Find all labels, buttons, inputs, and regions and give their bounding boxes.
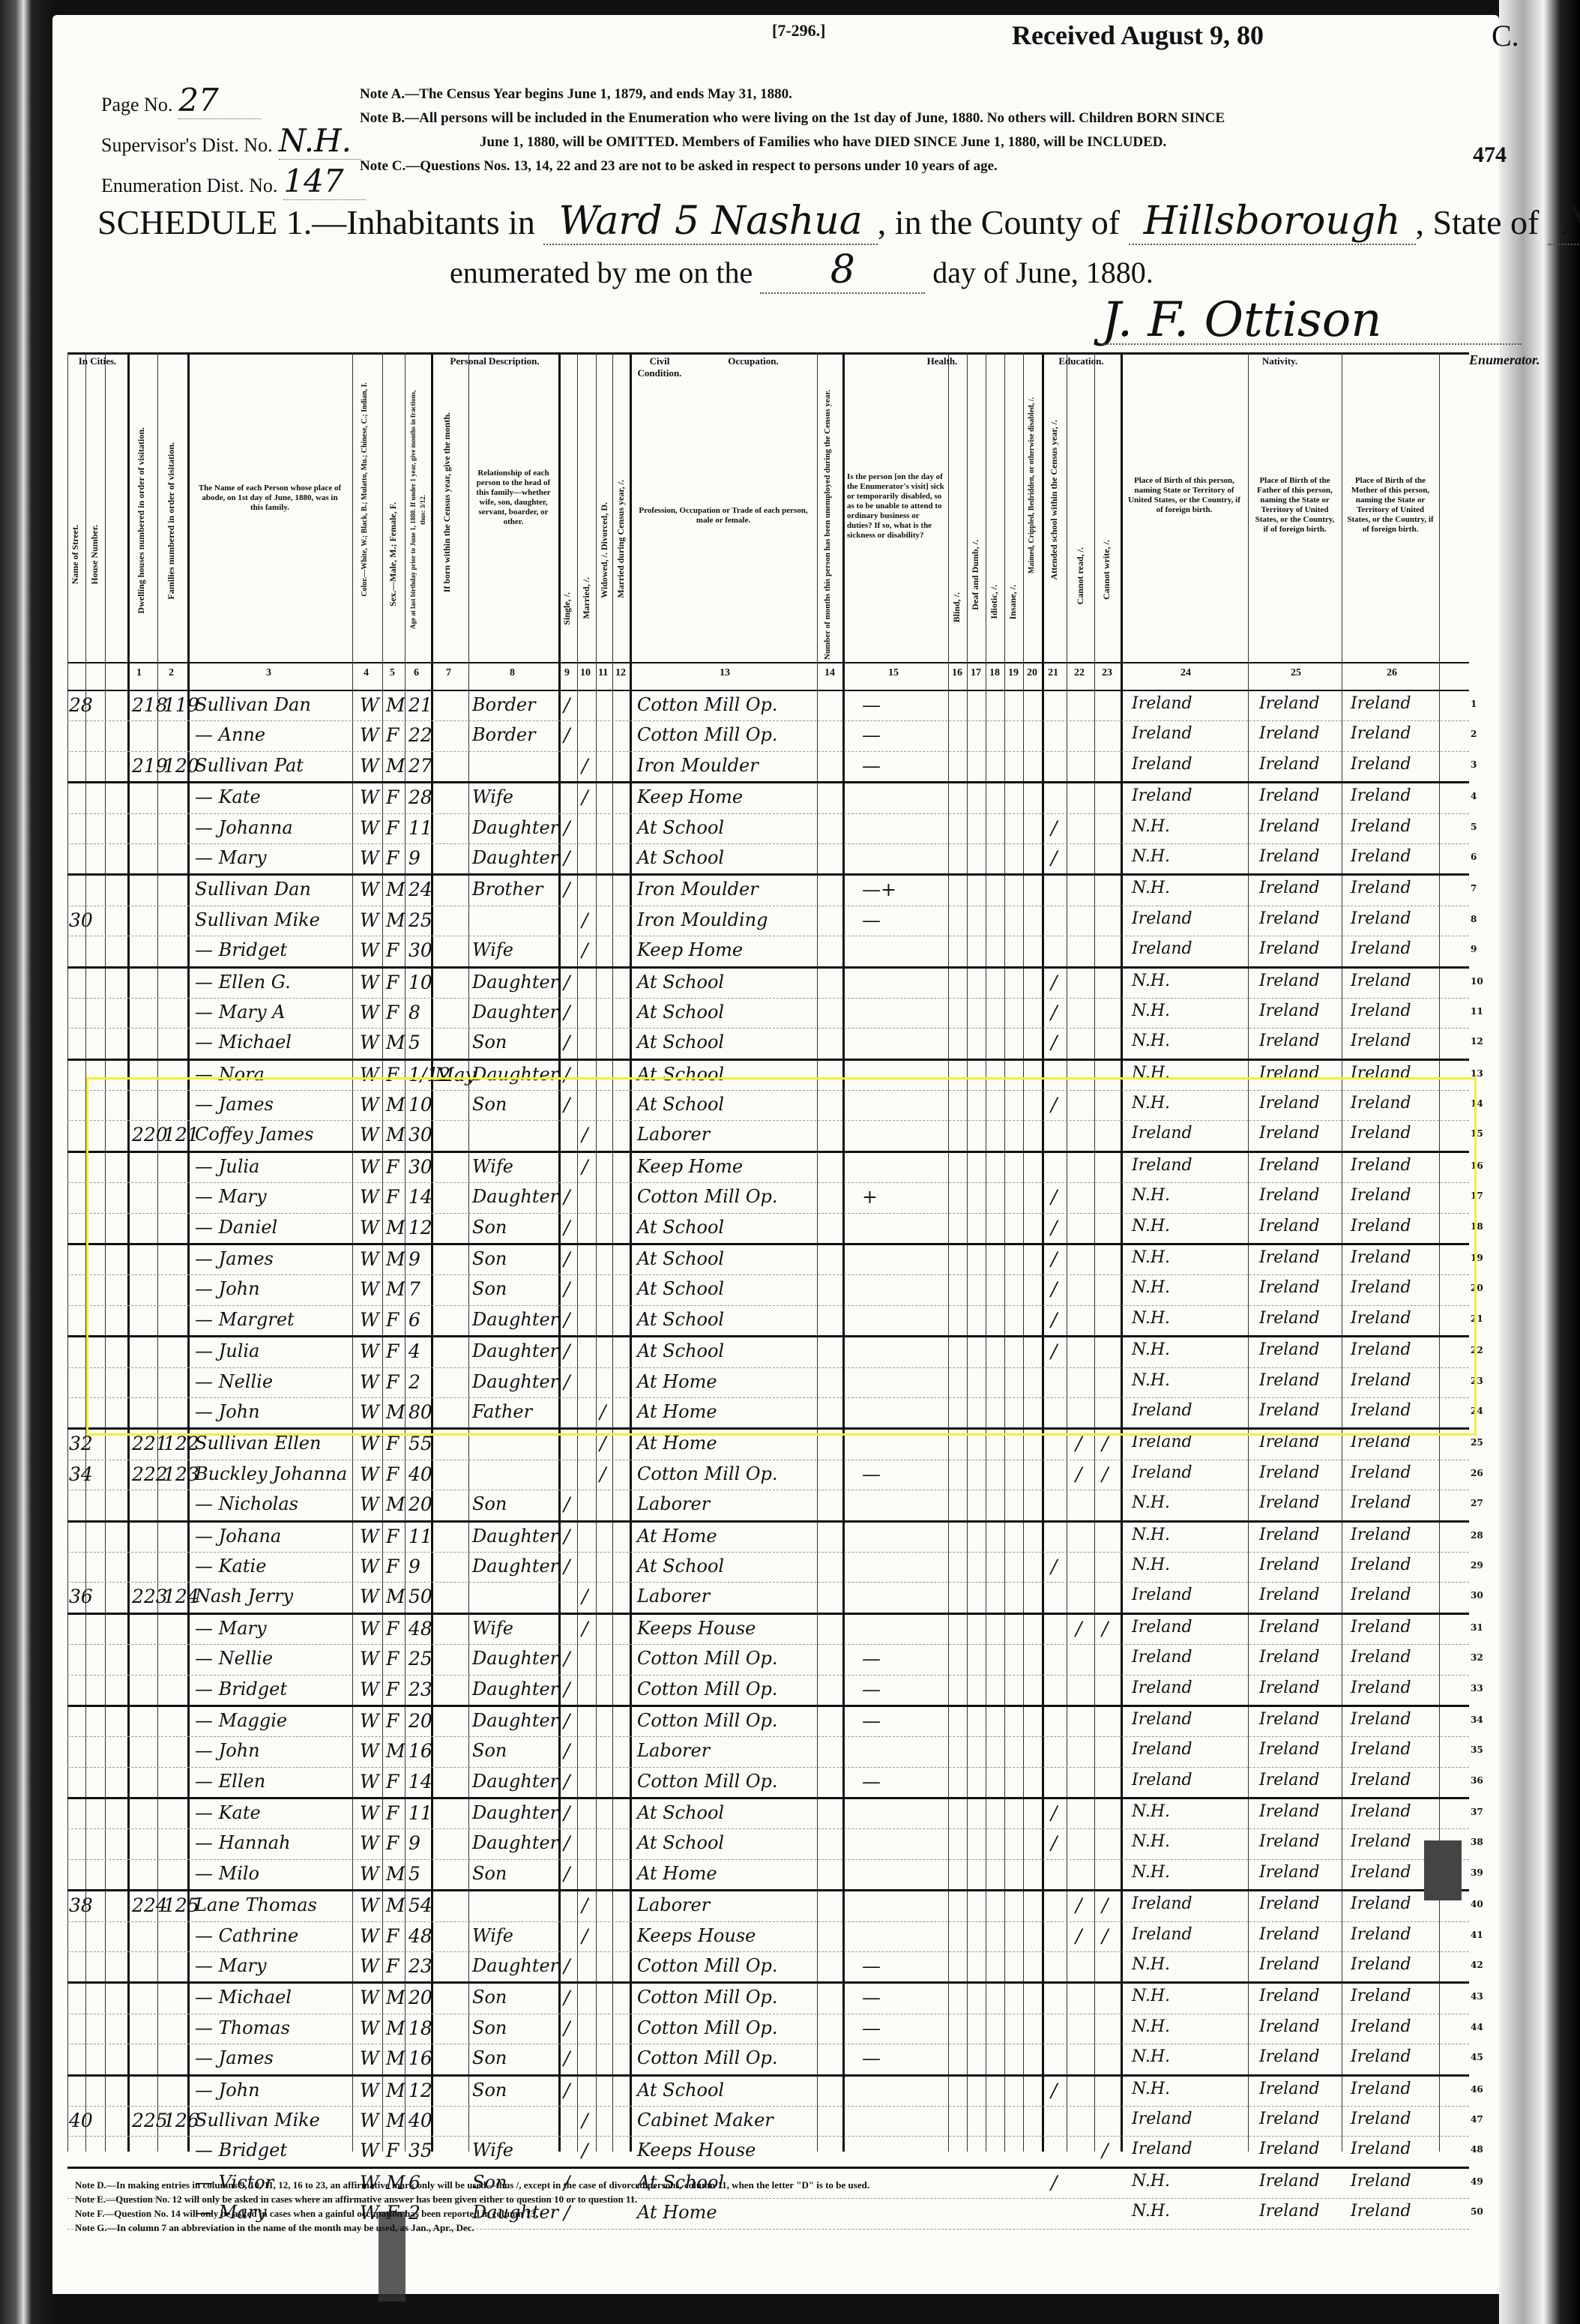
cell-sex: F (386, 1433, 399, 1454)
cell-occ: Laborer (637, 1586, 710, 1607)
cell-rel: Daughter (472, 1371, 558, 1392)
cell-color: W (360, 1832, 379, 1854)
line-number: 21 (1471, 1313, 1483, 1324)
cell-age: 5 (408, 1032, 420, 1053)
cell-color: W (360, 1124, 379, 1146)
page-label: Page No. (101, 94, 172, 115)
cell-father: Ireland (1259, 1802, 1320, 1821)
cell-mother: Ireland (1351, 1309, 1411, 1328)
table-row: — MiloWM5Son/At HomeN.H.IrelandIreland39 (67, 1860, 1469, 1891)
col-dwelling: Dwelling houses numbered in order of vis… (136, 427, 146, 614)
cell-color: W (360, 1925, 379, 1947)
cell-name: — Nellie (195, 1371, 273, 1392)
cell-name: — Michael (195, 1032, 292, 1053)
received-stamp: Received August 9, 80 (1012, 19, 1264, 51)
cell-name: — John (195, 1401, 260, 1422)
enum-day: 8 (760, 247, 925, 294)
cell-age: 40 (408, 2110, 432, 2131)
line-number: 43 (1471, 1991, 1483, 2002)
cell-color: W (360, 1679, 379, 1700)
cell-occ: Keep Home (637, 1156, 743, 1177)
cell-house: 32 (69, 1433, 93, 1454)
cell-write: / (1102, 1463, 1108, 1485)
cell-write: / (1102, 2140, 1108, 2161)
cell-father: Ireland (1259, 2140, 1320, 2158)
cell-father: Ireland (1259, 1556, 1320, 1574)
cell-sex: M (386, 1032, 405, 1053)
col-maimed: Maimed, Crippled, Bedridden, or otherwis… (1027, 397, 1037, 574)
cell-school: / (1051, 2172, 1057, 2194)
cell-name: Sullivan Ellen (195, 1433, 321, 1454)
cell-age: 50 (408, 1586, 432, 1607)
cell-sex: M (386, 1401, 405, 1423)
cell-sick: — (862, 2017, 881, 2039)
cell-color: W (360, 939, 379, 961)
cell-birth: N.H. (1132, 2017, 1170, 2036)
cell-sick: — (862, 1710, 881, 1732)
cell-mother: Ireland (1351, 2172, 1411, 2191)
cell-name: — Johana (195, 1526, 281, 1547)
cell-mother: Ireland (1351, 1094, 1411, 1113)
column-number-row: 1 2 3 4 5 6 7 8 9 10 11 12 13 14 15 16 1… (67, 660, 1469, 691)
cell-rel: Son (472, 1493, 507, 1514)
cell-house: 40 (69, 2110, 93, 2131)
group-in-cities: In Cities. (67, 355, 127, 367)
stamped-page-number: 474 (1473, 142, 1507, 168)
cell-widowed: / (600, 1401, 606, 1423)
cell-house: 36 (69, 1586, 93, 1607)
cell-birth: N.H. (1132, 1032, 1170, 1050)
cell-name: — Ellen G. (195, 972, 291, 993)
table-row: 28218119Sullivan DanWM21Border/Cotton Mi… (67, 691, 1469, 721)
col-cannot-write: Cannot write, /. (1102, 540, 1112, 600)
cell-father: Ireland (1259, 1401, 1320, 1420)
enumeration-label: Enumeration Dist. No. (101, 175, 277, 196)
cell-school: / (1051, 817, 1057, 839)
cell-married: / (582, 1156, 588, 1178)
cell-rel: Daughter (472, 1526, 558, 1547)
cell-sex: M (386, 1493, 405, 1515)
cell-rel: Daughter (472, 1771, 558, 1792)
cell-dwelling: 222 (132, 1463, 168, 1485)
cell-name: — John (195, 2080, 260, 2101)
line-number: 45 (1471, 2052, 1483, 2062)
cell-age: 12 (408, 1217, 432, 1238)
cell-name: — Johanna (195, 817, 293, 838)
cell-mother: Ireland (1351, 972, 1411, 990)
cell-rel: Daughter (472, 1309, 558, 1330)
table-row: — Ellen G.WF10Daughter/At School/N.H.Ire… (67, 969, 1469, 999)
cell-age: 21 (408, 694, 432, 716)
table-row: — BridgetWF30Wife/Keep HomeIrelandIrelan… (67, 936, 1469, 968)
cell-color: W (360, 972, 379, 993)
cell-house: 28 (69, 694, 93, 716)
cell-dwelling: 221 (132, 1433, 168, 1454)
cell-widowed: / (600, 1463, 606, 1485)
cell-rel: Son (472, 1094, 507, 1115)
cell-school: / (1051, 1248, 1057, 1270)
cell-sex: F (386, 1556, 399, 1577)
cell-single: / (564, 1309, 570, 1331)
cell-sex: F (386, 1710, 399, 1732)
line-number: 27 (1471, 1498, 1483, 1508)
cell-rel: Wife (472, 1618, 513, 1639)
cell-name: — Julia (195, 1156, 259, 1177)
cell-age: 48 (408, 1925, 432, 1947)
cell-sex: M (386, 1094, 405, 1116)
cell-mother: Ireland (1351, 1248, 1411, 1267)
cell-rel: Wife (472, 1156, 513, 1177)
cell-occ: Cotton Mill Op. (637, 1648, 778, 1669)
cell-sex: F (386, 1925, 399, 1947)
cell-age: 14 (408, 1771, 432, 1792)
cell-color: W (360, 847, 379, 869)
line-number: 39 (1471, 1867, 1483, 1878)
col-single: Single, /. (562, 592, 572, 625)
cell-mother: Ireland (1351, 2140, 1411, 2158)
table-row: — JohnWM7Son/At School/N.H.IrelandIrelan… (67, 1275, 1469, 1305)
cell-father: Ireland (1259, 1740, 1320, 1759)
cell-occ: Keeps House (637, 2140, 756, 2161)
cell-age: 27 (408, 755, 432, 777)
table-row: — JuliaWF4Daughter/At School/N.H.Ireland… (67, 1337, 1469, 1367)
cell-father: Ireland (1259, 2202, 1320, 2221)
cell-name: — Anne (195, 724, 265, 745)
cell-father: Ireland (1259, 1925, 1320, 1944)
cell-occ: Cotton Mill Op. (637, 694, 778, 715)
group-education: Education. (1042, 355, 1121, 367)
cell-age: 9 (408, 847, 420, 869)
note-c: Note C.—Questions Nos. 13, 14, 22 and 23… (360, 154, 1225, 178)
cell-birth: Ireland (1132, 2140, 1192, 2158)
cell-mother: Ireland (1351, 2202, 1411, 2221)
table-row: — Mary AWF8Daughter/At School/N.H.Irelan… (67, 999, 1469, 1029)
cell-occ: Keep Home (637, 786, 743, 807)
cell-birth: N.H. (1132, 1493, 1170, 1512)
cell-birth: Ireland (1132, 724, 1192, 743)
cell-rel: Daughter (472, 1832, 558, 1853)
cell-occ: At School (637, 1002, 724, 1023)
cell-color: W (360, 1217, 379, 1238)
line-number: 50 (1471, 2206, 1483, 2217)
cell-age: 14 (408, 1186, 432, 1208)
line-number: 48 (1471, 2144, 1483, 2155)
col-attended-school: Attended school within the Census year, … (1049, 420, 1059, 580)
cell-father: Ireland (1259, 1094, 1320, 1113)
cell-name: — Ellen (195, 1771, 265, 1792)
cell-house: 30 (69, 909, 93, 931)
table-row: 36223124Nash JerryWM50/LaborerIrelandIre… (67, 1583, 1469, 1614)
cell-birth: Ireland (1132, 755, 1192, 774)
table-row: 38224125Lane ThomasWM54/Laborer//Ireland… (67, 1891, 1469, 1921)
cell-occ: Cotton Mill Op. (637, 1771, 778, 1792)
cell-name: — Mary A (195, 1002, 286, 1023)
cell-color: W (360, 1802, 379, 1824)
cell-color: W (360, 1586, 379, 1607)
cell-mother: Ireland (1351, 1556, 1411, 1574)
cell-mother: Ireland (1351, 1371, 1411, 1390)
table-row: — NicholasWM20Son/LaborerN.H.IrelandIrel… (67, 1490, 1469, 1522)
note-e: Note E.—Question No. 12 will only be ask… (75, 2192, 869, 2206)
cell-rel: Wife (472, 939, 513, 960)
cell-father: Ireland (1259, 2017, 1320, 2036)
cell-married: / (582, 786, 588, 808)
cell-age: 18 (408, 2017, 432, 2039)
cell-single: / (564, 1987, 570, 2008)
table-row: — JuliaWF30Wife/Keep HomeIrelandIrelandI… (67, 1153, 1469, 1183)
table-row: — MaryWF9Daughter/At School/N.H.IrelandI… (67, 844, 1469, 876)
cell-color: W (360, 2140, 379, 2161)
line-number: 1 (1471, 699, 1477, 709)
cell-sex: M (386, 909, 405, 931)
cell-father: Ireland (1259, 1371, 1320, 1390)
cell-occ: At Home (637, 1526, 717, 1547)
cell-color: W (360, 817, 379, 839)
col-name: The Name of each Person whose place of a… (195, 484, 345, 513)
cell-name: — Cathrine (195, 1925, 298, 1946)
cell-married: / (582, 939, 588, 961)
table-row: — JohnWM80Father/At HomeIrelandIrelandIr… (67, 1398, 1469, 1430)
line-number: 47 (1471, 2114, 1483, 2125)
line-number: 33 (1471, 1683, 1483, 1694)
top-notes: Note A.—The Census Year begins June 1, 1… (360, 82, 1225, 178)
cell-father: Ireland (1259, 2047, 1320, 2066)
col-birthplace: Place of Birth of this person, naming St… (1124, 476, 1244, 515)
cell-mother: Ireland (1351, 2110, 1411, 2128)
cell-name: — Michael (195, 1987, 292, 2008)
cell-single: / (564, 724, 570, 746)
cell-birth: N.H. (1132, 817, 1170, 836)
cell-sex: F (386, 1802, 399, 1824)
line-number: 29 (1471, 1560, 1483, 1571)
cell-father: Ireland (1259, 1248, 1320, 1267)
cell-age: 23 (408, 1679, 432, 1700)
cell-father: Ireland (1259, 1710, 1320, 1729)
cell-age: 22 (408, 724, 432, 746)
cell-sick: + (862, 1186, 878, 1208)
line-number: 14 (1471, 1098, 1483, 1109)
line-number: 19 (1471, 1253, 1483, 1263)
table-row: — JohannaWF11Daughter/At School/N.H.Irel… (67, 814, 1469, 844)
district-block: Page No.27 Supervisor's Dist. No.N.H. En… (101, 82, 366, 204)
cell-school: / (1051, 1032, 1057, 1053)
cell-father: Ireland (1259, 1648, 1320, 1667)
cell-single: / (564, 2017, 570, 2039)
cell-occ: Keeps House (637, 1618, 756, 1639)
cell-occ: Cotton Mill Op. (637, 2017, 778, 2038)
cell-father: Ireland (1259, 1463, 1320, 1482)
cell-father: Ireland (1259, 972, 1320, 990)
cell-rel: Father (472, 1401, 532, 1422)
cell-occ: At School (637, 847, 724, 868)
cell-father: Ireland (1259, 909, 1320, 928)
cell-father: Ireland (1259, 755, 1320, 774)
cell-single: / (564, 1340, 570, 1362)
cell-sex: F (386, 1618, 399, 1640)
cell-name: — Nora (195, 1064, 265, 1085)
cell-father: Ireland (1259, 1586, 1320, 1604)
table-row: — NellieWF25Daughter/Cotton Mill Op.—Ire… (67, 1645, 1469, 1675)
cell-birth: N.H. (1132, 1340, 1170, 1359)
cell-family: 124 (163, 1586, 199, 1607)
cell-rel: Brother (472, 879, 543, 900)
cell-age: 30 (408, 1156, 432, 1178)
cell-father: Ireland (1259, 1217, 1320, 1235)
cell-read: / (1076, 1894, 1082, 1916)
col-occupation: Profession, Occupation or Trade of each … (637, 506, 809, 526)
cell-father: Ireland (1259, 1679, 1320, 1697)
cell-sex: F (386, 1679, 399, 1700)
cell-age: 5 (408, 1863, 420, 1885)
cell-age: 20 (408, 1987, 432, 2008)
cell-father: Ireland (1259, 2172, 1320, 2191)
cell-family: 123 (163, 1463, 199, 1485)
cell-age: 24 (408, 879, 432, 900)
cell-age: 55 (408, 1433, 432, 1454)
state-name: N.H. (1548, 199, 1580, 245)
cell-mother: Ireland (1351, 1586, 1411, 1604)
cell-father: Ireland (1259, 1987, 1320, 2005)
cell-mother: Ireland (1351, 1863, 1411, 1882)
cell-color: W (360, 1156, 379, 1178)
cell-color: W (360, 1618, 379, 1640)
line-number: 13 (1471, 1068, 1483, 1079)
cell-family: 119 (163, 694, 199, 716)
line-number: 9 (1471, 944, 1477, 954)
cell-occ: At School (637, 1832, 724, 1853)
cell-name: — James (195, 1094, 274, 1115)
cell-father: Ireland (1259, 1156, 1320, 1175)
group-occupation: Occupation. (690, 355, 817, 367)
cell-single: / (564, 1771, 570, 1792)
cell-rel: Son (472, 1032, 507, 1053)
cell-birth: N.H. (1132, 1863, 1170, 1882)
table-row: — JamesWM10Son/At School/N.H.IrelandIrel… (67, 1091, 1469, 1121)
line-number: 41 (1471, 1930, 1483, 1940)
cell-name: Sullivan Dan (195, 879, 311, 900)
col-house: House Number. (90, 525, 100, 585)
cell-sick: — (862, 1648, 881, 1670)
table-row: 40225126Sullivan MikeWM40/Cabinet MakerI… (67, 2107, 1469, 2137)
cell-sex: M (386, 1863, 405, 1885)
cell-single: / (564, 817, 570, 839)
cell-dwelling: 220 (132, 1124, 168, 1146)
cell-father: Ireland (1259, 1832, 1320, 1851)
cell-occ: Cotton Mill Op. (637, 1987, 778, 2008)
cell-name: — Katie (195, 1556, 266, 1577)
col-unemployed: Number of months this person has been un… (823, 390, 833, 660)
enum-prefix: enumerated by me on the (450, 256, 753, 289)
enumerator-signature: J. F. Ottison (1102, 292, 1381, 348)
cell-sex: M (386, 1740, 405, 1762)
cell-rel: Wife (472, 2140, 513, 2161)
cell-mother: Ireland (1351, 1987, 1411, 2005)
cell-school: / (1051, 1832, 1057, 1854)
table-row: — MaggieWF20Daughter/Cotton Mill Op.—Ire… (67, 1707, 1469, 1737)
line-number: 25 (1471, 1437, 1483, 1448)
cell-birth: Ireland (1132, 1433, 1192, 1451)
table-row: — MaryWF48Wife/Keeps House//IrelandIrela… (67, 1615, 1469, 1645)
cell-family: 122 (163, 1433, 199, 1454)
cell-single: / (564, 1186, 570, 1208)
cell-mother: Ireland (1351, 1832, 1411, 1851)
cell-color: W (360, 2110, 379, 2131)
cell-mother: Ireland (1351, 817, 1411, 836)
cell-color: W (360, 1094, 379, 1116)
line-number: 30 (1471, 1590, 1483, 1601)
table-row: — NoraWF1/12MayDaughter/At SchoolN.H.Ire… (67, 1061, 1469, 1091)
cell-color: W (360, 1955, 379, 1977)
book-binding (0, 0, 52, 2324)
cell-occ: At School (637, 1278, 724, 1299)
cell-mother: Ireland (1351, 939, 1411, 958)
cell-family: 120 (163, 755, 199, 777)
cell-sex: M (386, 879, 405, 900)
cell-birth: Ireland (1132, 1648, 1192, 1667)
cell-father: Ireland (1259, 1618, 1320, 1637)
cell-mother: Ireland (1351, 724, 1411, 743)
page-tab (1424, 1840, 1462, 1900)
cell-sick: — (862, 1771, 881, 1792)
cell-write: / (1102, 1894, 1108, 1916)
cell-name: — Mary (195, 847, 267, 868)
cell-birth: Ireland (1132, 1156, 1192, 1175)
cell-occ: Cotton Mill Op. (637, 724, 778, 745)
cell-age: 10 (408, 1094, 432, 1116)
cell-occ: At School (637, 817, 724, 838)
cell-name: — Julia (195, 1340, 259, 1361)
cell-dwelling: 224 (132, 1894, 168, 1916)
cell-age: 9 (408, 1832, 420, 1854)
cell-occ: Keeps House (637, 1925, 756, 1946)
cell-house: 38 (69, 1894, 93, 1916)
cell-father: Ireland (1259, 1309, 1320, 1328)
col-age: Age at last birthday prior to June 1, 18… (408, 382, 428, 637)
table-row: 219120Sullivan PatWM27/Iron Moulder—Irel… (67, 752, 1469, 783)
cell-birth: N.H. (1132, 847, 1170, 866)
cell-age: 16 (408, 1740, 432, 1762)
cell-occ: Iron Moulder (637, 879, 759, 900)
cell-color: W (360, 1032, 379, 1053)
table-row: — BridgetWF23Daughter/Cotton Mill Op.—Ir… (67, 1676, 1469, 1707)
cell-father: Ireland (1259, 939, 1320, 958)
cell-birth: Ireland (1132, 1124, 1192, 1143)
col-street: Name of Street. (70, 525, 80, 584)
cell-occ: Cotton Mill Op. (637, 1679, 778, 1700)
cell-single: / (564, 1955, 570, 1977)
cell-age: 9 (408, 1556, 420, 1577)
line-number: 37 (1471, 1807, 1483, 1817)
line-number: 44 (1471, 2022, 1483, 2032)
enum-suffix: day of June, 1880. (932, 256, 1153, 289)
page-number: 27 (178, 82, 261, 119)
cell-age: 23 (408, 1955, 432, 1977)
line-number: 34 (1471, 1715, 1483, 1725)
cell-sex: M (386, 1278, 405, 1300)
col-sex: Sex.—Male, M.; Female, F. (388, 502, 398, 606)
cell-father: Ireland (1259, 1124, 1320, 1143)
cell-color: W (360, 1648, 379, 1670)
cell-birth: Ireland (1132, 2110, 1192, 2128)
cell-single: / (564, 1493, 570, 1515)
cell-name: Sullivan Mike (195, 909, 320, 930)
cell-father: Ireland (1259, 1894, 1320, 1913)
cell-color: W (360, 1526, 379, 1547)
line-number: 42 (1471, 1960, 1483, 1970)
cell-age: 12 (408, 2080, 432, 2101)
col-blind: Blind, /. (952, 592, 962, 622)
cell-single: / (564, 1278, 570, 1300)
